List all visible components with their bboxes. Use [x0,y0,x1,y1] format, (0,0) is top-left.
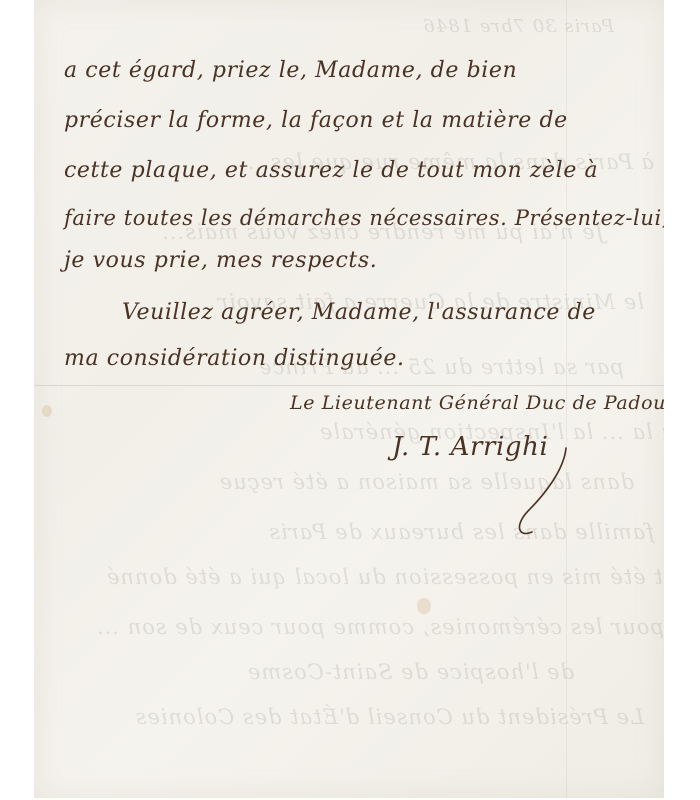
bleed-through-line: ait été mis en possession du local qui a… [106,565,664,589]
letter-page: Paris 30 7bre 1846 à Paris dans la même … [34,0,664,798]
letter-line: cette plaque, et assurez le de tout mon … [64,158,598,183]
bleed-through-line: Le Président du Conseil d'État des Colon… [135,705,644,729]
closing-line: ma considération distinguée. [64,346,405,371]
bleed-through-line: Paris 30 7bre 1846 [422,16,614,37]
letter-line: a cet égard, priez le, Madame, de bien [64,58,517,83]
paper-stain [42,405,52,417]
paper-fold-line [34,385,664,387]
signature-title: Le Lieutenant Général Duc de Padoue [290,392,664,414]
paper-stain [417,598,431,614]
bleed-through-line: de l'hospice de Saint-Cosme [247,660,574,684]
bleed-through-line: pour les cérémonies, comme pour ceux de … [96,615,664,639]
letter-line: faire toutes les démarches nécessaires. … [64,206,664,230]
closing-line: Veuillez agréer, Madame, l'assurance de [122,300,596,325]
letter-line: préciser la forme, la façon et la matièr… [64,108,568,133]
letter-line: je vous prie, mes respects. [64,248,377,273]
bleed-through-line: famille dans les bureaux de Paris [268,520,654,544]
signature-flourish [504,440,584,540]
